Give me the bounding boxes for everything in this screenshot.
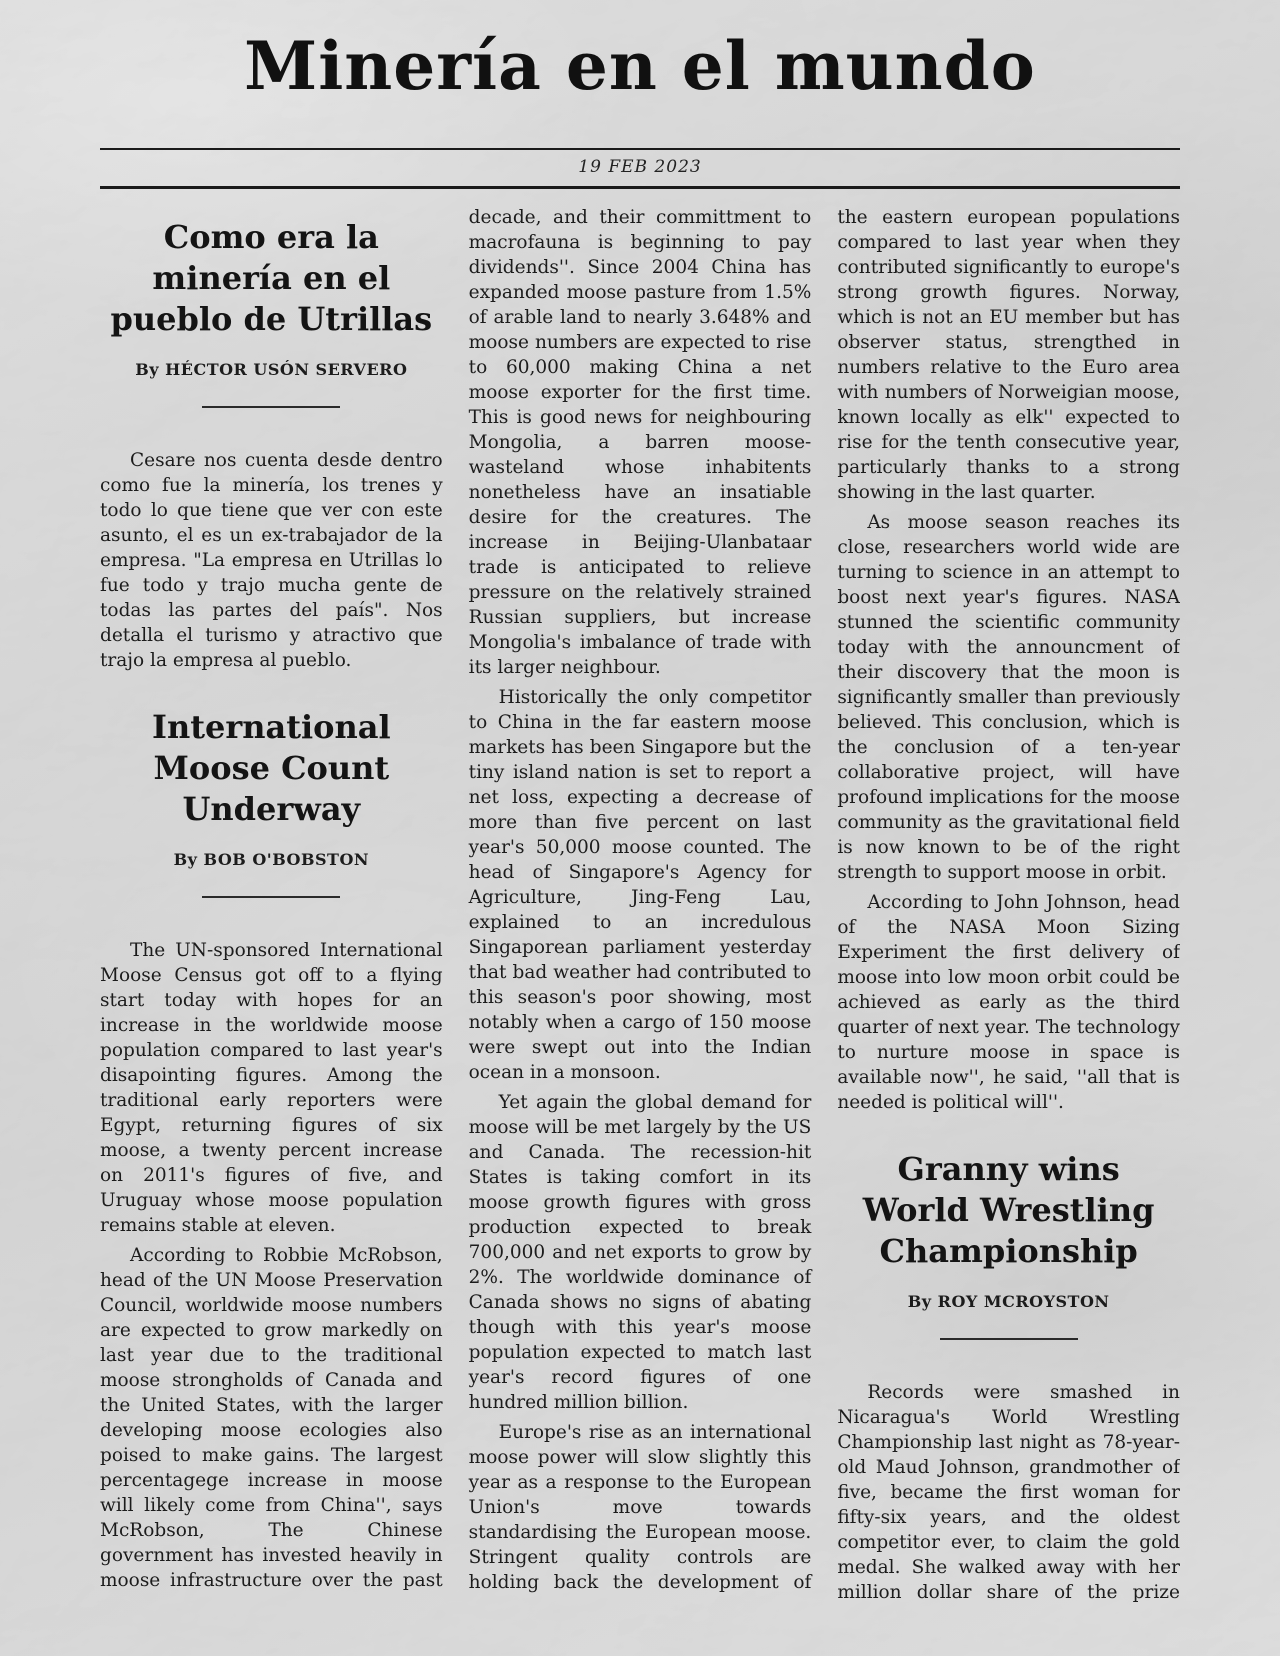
page-content: Minería en el mundo 19 FEB 2023 Como era… bbox=[0, 30, 1280, 1607]
newspaper-title: Minería en el mundo bbox=[100, 30, 1180, 104]
byline-divider bbox=[202, 896, 340, 898]
masthead-rule-bottom bbox=[100, 186, 1180, 190]
article-utrillas: Como era la minería en el pueblo de Utri… bbox=[100, 217, 443, 673]
article-byline: By BOB O'BOBSTON bbox=[100, 850, 443, 869]
article-headline: International Moose Count Underway bbox=[106, 707, 437, 830]
article-paragraph: The UN-sponsored International Moose Cen… bbox=[100, 938, 443, 1238]
masthead-rule-top bbox=[100, 148, 1180, 150]
article-paragraph: Cesare nos cuenta desde dentro como fue … bbox=[100, 448, 443, 673]
article-byline: By ROY MCROYSTON bbox=[837, 1292, 1180, 1311]
byline-divider bbox=[202, 406, 340, 408]
article-headline: Como era la minería en el pueblo de Utri… bbox=[106, 217, 437, 340]
article-paragraph: Historically the only competitor to Chin… bbox=[469, 685, 812, 1085]
masthead-date: 19 FEB 2023 bbox=[100, 157, 1180, 177]
newspaper-page: Minería en el mundo 19 FEB 2023 Como era… bbox=[0, 0, 1280, 1656]
article-headline: Granny wins World Wrestling Championship bbox=[843, 1149, 1174, 1272]
article-paragraph: Yet again the global demand for moose wi… bbox=[469, 1090, 812, 1415]
article-columns: Como era la minería en el pueblo de Utri… bbox=[100, 205, 1180, 1607]
article-byline: By HÉCTOR USÓN SERVERO bbox=[100, 360, 443, 379]
article-paragraph: According to John Johnson, head of the N… bbox=[837, 890, 1180, 1115]
article-paragraph: As moose season reaches its close, resea… bbox=[837, 510, 1180, 885]
byline-divider bbox=[940, 1338, 1078, 1340]
masthead: Minería en el mundo 19 FEB 2023 bbox=[100, 30, 1180, 189]
